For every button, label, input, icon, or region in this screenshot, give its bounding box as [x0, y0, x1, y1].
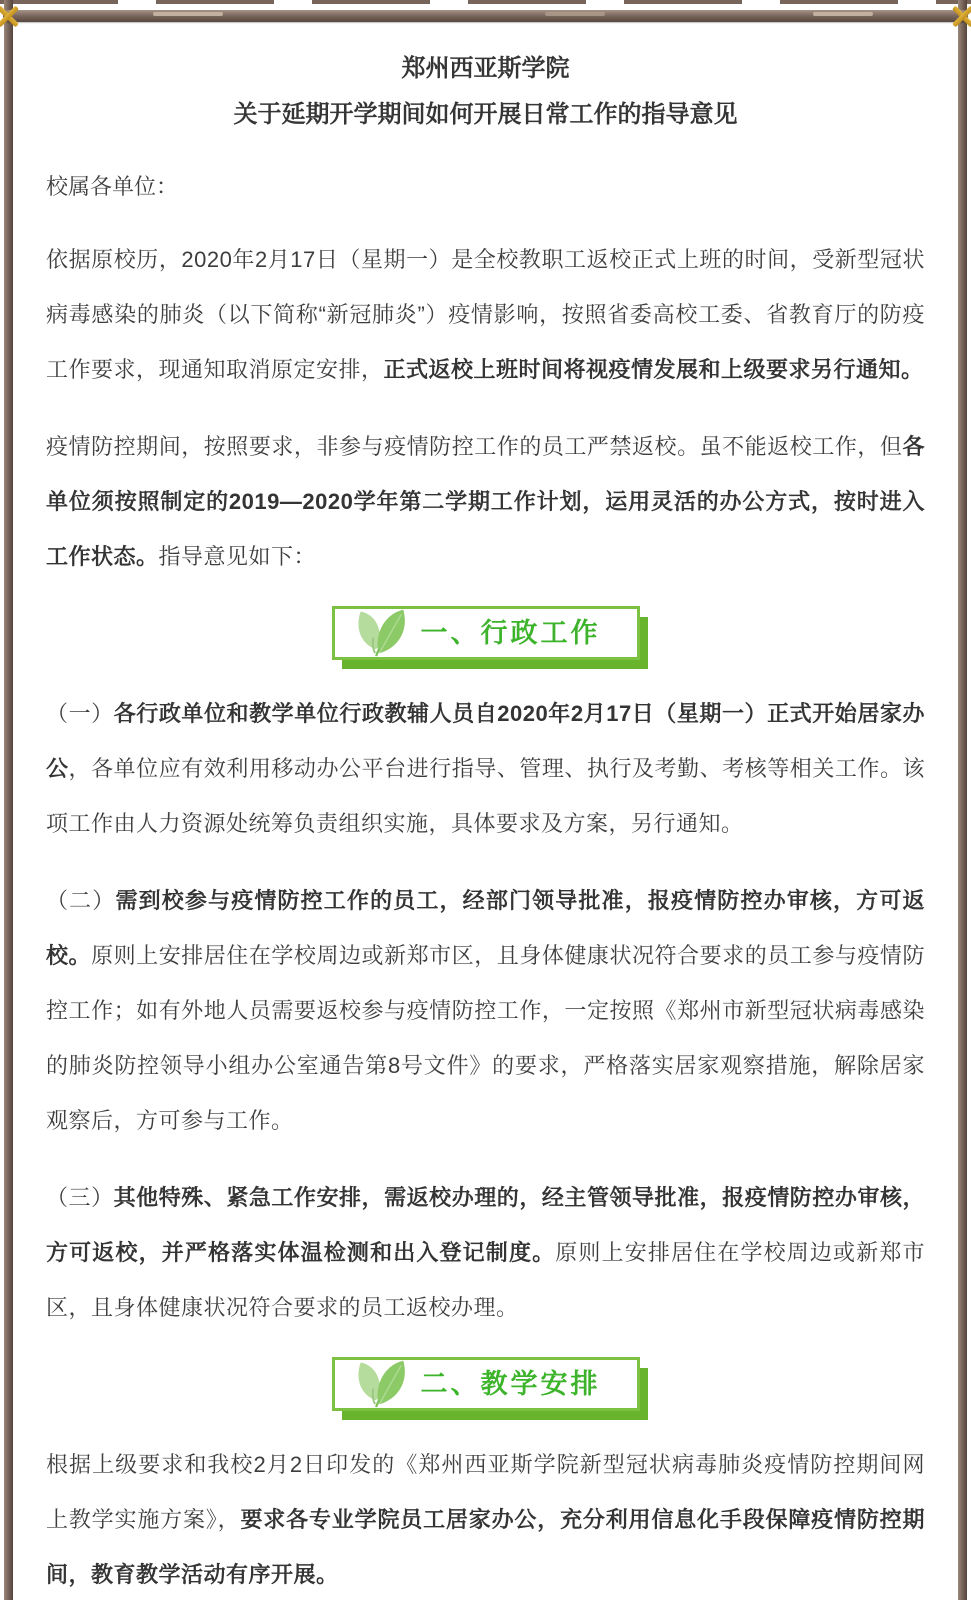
list-item-1: （一）各行政单位和教学单位行政教辅人员自2020年2月17日（星期一）正式开始居…: [46, 686, 925, 851]
title-line-2: 关于延期开学期间如何开展日常工作的指导意见: [46, 92, 925, 138]
salutation: 校属各单位：: [46, 170, 925, 204]
section-header-box: 二、教学安排: [332, 1357, 640, 1411]
section-header-teaching: 二、教学安排: [332, 1357, 640, 1411]
right-frame-rod: [958, 0, 967, 1600]
section-title: 一、行政工作: [421, 618, 601, 648]
leaves-icon: [351, 604, 409, 658]
leaves-icon: [351, 1355, 409, 1409]
section-header-box: 一、行政工作: [332, 606, 640, 660]
gold-knot-right-icon: [950, 3, 971, 29]
paragraph-teaching: 根据上级要求和我校2月2日印发的《郑州西亚斯学院新型冠状病毒肺炎疫情防控期间网上…: [46, 1437, 925, 1600]
list-item-2: （二）需到校参与疫情防控工作的员工，经部门领导批准，报疫情防控办审核，方可返校。…: [46, 873, 925, 1148]
title-line-1: 郑州西亚斯学院: [46, 46, 925, 92]
gold-knot-left-icon: [0, 3, 21, 29]
document-title: 郑州西亚斯学院 关于延期开学期间如何开展日常工作的指导意见: [46, 46, 925, 138]
section-title: 二、教学安排: [421, 1369, 601, 1399]
left-frame-rod: [4, 0, 13, 1600]
section-header-admin-work: 一、行政工作: [332, 606, 640, 660]
document-body: 郑州西亚斯学院 关于延期开学期间如何开展日常工作的指导意见 校属各单位： 依据原…: [46, 0, 925, 1600]
paragraph-policy: 疫情防控期间，按照要求，非参与疫情防控工作的员工严禁返校。虽不能返校工作，但各单…: [46, 419, 925, 584]
paragraph-intro: 依据原校历，2020年2月17日（星期一）是全校教职工返校正式上班的时间，受新型…: [46, 232, 925, 397]
list-item-3: （三）其他特殊、紧急工作安排，需返校办理的，经主管领导批准，报疫情防控办审核，方…: [46, 1170, 925, 1335]
